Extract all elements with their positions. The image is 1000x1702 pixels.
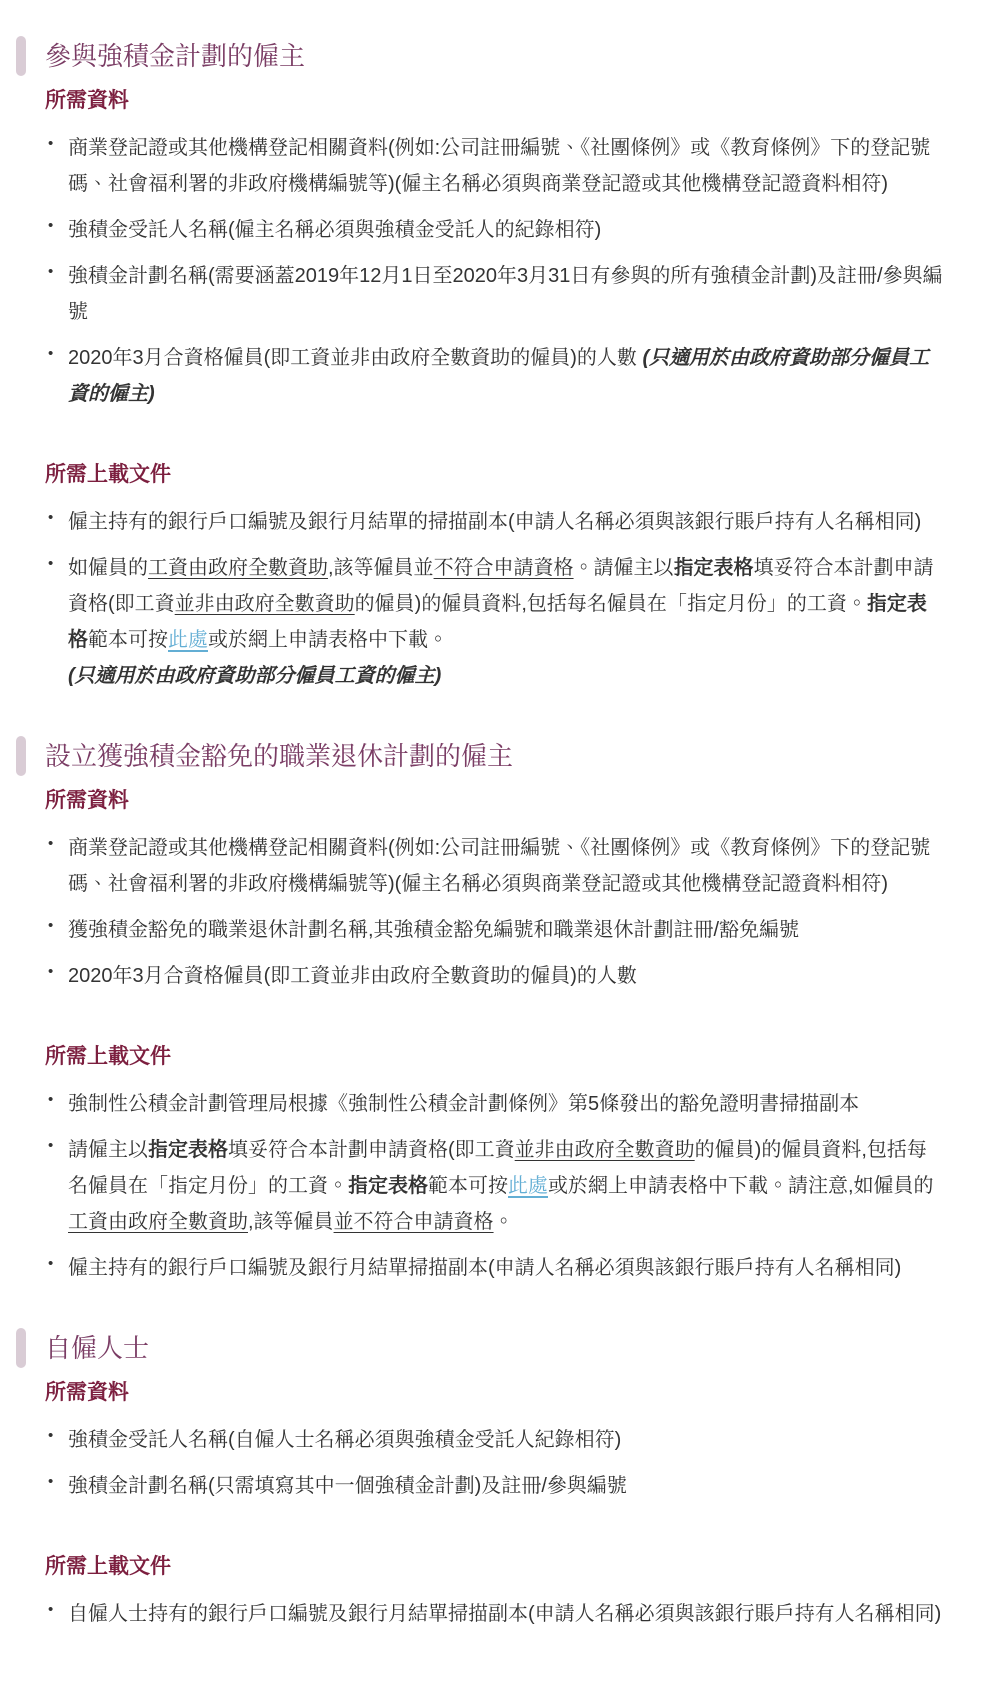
required-upload-list: 僱主持有的銀行戶口編號及銀行月結單的掃描副本(申請人名稱必須與該銀行賬戶持有人名… [45, 504, 945, 694]
section-title: 自僱人士 [45, 1330, 149, 1366]
required-upload-heading: 所需上載文件 [45, 1550, 960, 1580]
text: 自僱人士持有的銀行戶口編號及銀行月結單掃描副本(申請人名稱必須與該銀行賬戶持有人… [68, 1603, 941, 1625]
underlined-text: 不符合申請資格 [434, 557, 574, 579]
required-upload-list: 自僱人士持有的銀行戶口編號及銀行月結單掃描副本(申請人名稱必須與該銀行賬戶持有人… [45, 1596, 945, 1632]
required-info-heading: 所需資料 [45, 84, 960, 114]
text: ,該等僱員 [248, 1211, 334, 1233]
list-item: 商業登記證或其他機構登記相關資料(例如:公司註冊編號、《社團條例》或《教育條例》… [45, 830, 945, 902]
text: 僱主持有的銀行戶口編號及銀行月結單掃描副本(申請人名稱必須與該銀行賬戶持有人名稱… [68, 1257, 901, 1279]
text: 強積金受託人名稱(僱主名稱必須與強積金受託人的紀錄相符) [68, 219, 601, 241]
here-link[interactable]: 此處 [168, 629, 208, 651]
required-upload-heading: 所需上載文件 [45, 458, 960, 488]
text: 僱主持有的銀行戶口編號及銀行月結單的掃描副本(申請人名稱必須與該銀行賬戶持有人名… [68, 511, 921, 533]
text: 的僱員)的僱員資料,包括每名僱員在「指定月份」的工資。 [355, 593, 867, 615]
text: 強制性公積金計劃管理局根據《強制性公積金計劃條例》第5條發出的豁免證明書掃描副本 [68, 1093, 859, 1115]
required-info-list: 強積金受託人名稱(自僱人士名稱必須與強積金受託人紀錄相符)強積金計劃名稱(只需填… [45, 1422, 945, 1504]
text: 或於網上申請表格中下載。請注意,如僱員的 [548, 1175, 934, 1197]
list-item: 強積金受託人名稱(自僱人士名稱必須與強積金受託人紀錄相符) [45, 1422, 945, 1458]
text: 填妥符合本計劃申請資格(即工資 [228, 1139, 515, 1161]
underlined-text: 並非由政府全數資助 [175, 593, 355, 615]
list-item: 自僱人士持有的銀行戶口編號及銀行月結單掃描副本(申請人名稱必須與該銀行賬戶持有人… [45, 1596, 945, 1632]
section-orso-employers: 設立獲強積金豁免的職業退休計劃的僱主 所需資料 商業登記證或其他機構登記相關資料… [45, 736, 960, 1286]
list-item: 2020年3月合資格僱員(即工資並非由政府全數資助的僱員)的人數 (只適用於由政… [45, 340, 945, 412]
text: 商業登記證或其他機構登記相關資料(例如:公司註冊編號、《社團條例》或《教育條例》… [68, 837, 930, 895]
text: 或於網上申請表格中下載。 [208, 629, 448, 651]
required-info-heading: 所需資料 [45, 784, 960, 814]
bold-text: 指定表格 [148, 1139, 228, 1161]
list-item: 強積金受託人名稱(僱主名稱必須與強積金受託人的紀錄相符) [45, 212, 945, 248]
text: 商業登記證或其他機構登記相關資料(例如:公司註冊編號、《社團條例》或《教育條例》… [68, 137, 930, 195]
required-info-heading: 所需資料 [45, 1376, 960, 1406]
text: 獲強積金豁免的職業退休計劃名稱,其強積金豁免編號和職業退休計劃註冊/豁免編號 [68, 919, 799, 941]
list-item: 獲強積金豁免的職業退休計劃名稱,其強積金豁免編號和職業退休計劃註冊/豁免編號 [45, 912, 945, 948]
section-header: 參與強積金計劃的僱主 [16, 36, 960, 76]
text: 2020年3月合資格僱員(即工資並非由政府全數資助的僱員)的人數 [68, 347, 643, 369]
section-accent-bar [16, 1328, 26, 1368]
text: 強積金計劃名稱(需要涵蓋2019年12月1日至2020年3月31日有參與的所有強… [68, 265, 943, 323]
bold-text: 指定表格 [348, 1175, 428, 1197]
section-accent-bar [16, 36, 26, 76]
text: 範本可按 [88, 629, 168, 651]
bold-text: 指定表格 [674, 557, 754, 579]
text: ,該等僱員並 [328, 557, 434, 579]
text: 如僱員的 [68, 557, 148, 579]
section-mpf-employers: 參與強積金計劃的僱主 所需資料 商業登記證或其他機構登記相關資料(例如:公司註冊… [45, 36, 960, 694]
list-item: 僱主持有的銀行戶口編號及銀行月結單掃描副本(申請人名稱必須與該銀行賬戶持有人名稱… [45, 1250, 945, 1286]
underlined-text: 工資由政府全數資助 [148, 557, 328, 579]
page-content: 參與強積金計劃的僱主 所需資料 商業登記證或其他機構登記相關資料(例如:公司註冊… [0, 0, 1000, 1702]
section-header: 設立獲強積金豁免的職業退休計劃的僱主 [16, 736, 960, 776]
list-item: 請僱主以指定表格填妥符合本計劃申請資格(即工資並非由政府全數資助的僱員)的僱員資… [45, 1132, 945, 1240]
list-item: 強積金計劃名稱(只需填寫其中一個強積金計劃)及註冊/參與編號 [45, 1468, 945, 1504]
text: 。 [494, 1211, 514, 1233]
required-upload-heading: 所需上載文件 [45, 1040, 960, 1070]
list-item: 僱主持有的銀行戶口編號及銀行月結單的掃描副本(申請人名稱必須與該銀行賬戶持有人名… [45, 504, 945, 540]
section-title: 參與強積金計劃的僱主 [45, 38, 305, 74]
list-item: 如僱員的工資由政府全數資助,該等僱員並不符合申請資格。請僱主以指定表格填妥符合本… [45, 550, 945, 694]
list-item: 強制性公積金計劃管理局根據《強制性公積金計劃條例》第5條發出的豁免證明書掃描副本 [45, 1086, 945, 1122]
text: 請僱主以 [68, 1139, 148, 1161]
required-info-list: 商業登記證或其他機構登記相關資料(例如:公司註冊編號、《社團條例》或《教育條例》… [45, 830, 945, 994]
text: 2020年3月合資格僱員(即工資並非由政府全數資助的僱員)的人數 [68, 965, 637, 987]
text: 強積金受託人名稱(自僱人士名稱必須與強積金受託人紀錄相符) [68, 1429, 621, 1451]
required-upload-list: 強制性公積金計劃管理局根據《強制性公積金計劃條例》第5條發出的豁免證明書掃描副本… [45, 1086, 945, 1286]
text: 強積金計劃名稱(只需填寫其中一個強積金計劃)及註冊/參與編號 [68, 1475, 627, 1497]
list-item: 商業登記證或其他機構登記相關資料(例如:公司註冊編號、《社團條例》或《教育條例》… [45, 130, 945, 202]
text: 。請僱主以 [574, 557, 674, 579]
required-info-list: 商業登記證或其他機構登記相關資料(例如:公司註冊編號、《社團條例》或《教育條例》… [45, 130, 945, 412]
section-title: 設立獲強積金豁免的職業退休計劃的僱主 [45, 738, 513, 774]
underlined-text: 並不符合申請資格 [334, 1211, 494, 1233]
underlined-text: 並非由政府全數資助 [515, 1139, 695, 1161]
section-header: 自僱人士 [16, 1328, 960, 1368]
list-item: 2020年3月合資格僱員(即工資並非由政府全數資助的僱員)的人數 [45, 958, 945, 994]
emphasis-note: (只適用於由政府資助部分僱員工資的僱主) [68, 665, 441, 687]
underlined-text: 工資由政府全數資助 [68, 1211, 248, 1233]
text: 範本可按 [428, 1175, 508, 1197]
section-accent-bar [16, 736, 26, 776]
section-self-employed: 自僱人士 所需資料 強積金受託人名稱(自僱人士名稱必須與強積金受託人紀錄相符)強… [45, 1328, 960, 1632]
here-link[interactable]: 此處 [508, 1175, 548, 1197]
list-item: 強積金計劃名稱(需要涵蓋2019年12月1日至2020年3月31日有參與的所有強… [45, 258, 945, 330]
